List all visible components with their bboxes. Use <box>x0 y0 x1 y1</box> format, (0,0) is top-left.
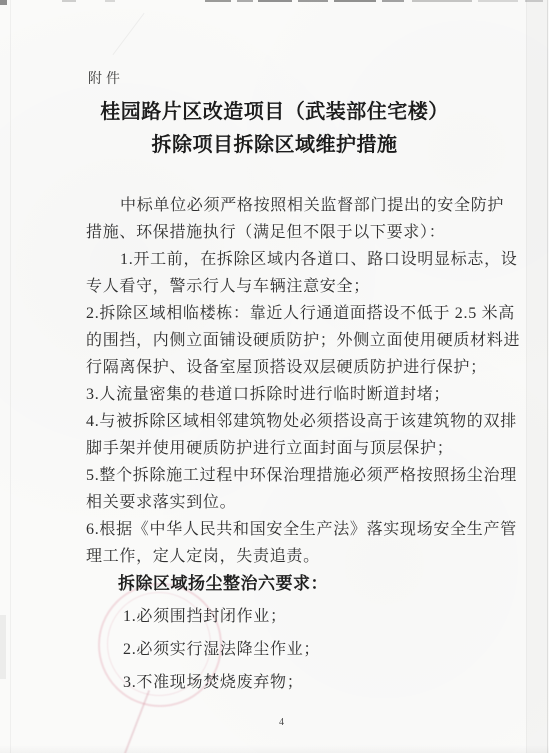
scan-bottom-shadow <box>0 745 549 753</box>
body-line: 相关要求落实到位。 <box>86 489 502 516</box>
document-title: 桂园路片区改造项目（武装部住宅楼） 拆除项目拆除区域维护措施 <box>0 96 549 162</box>
scan-top-edge-artifact <box>334 0 376 2</box>
scan-scratch <box>112 13 144 55</box>
scan-corner-artifact <box>0 0 7 5</box>
scan-top-edge-artifact <box>298 0 328 2</box>
body-line: 的围挡，内侧立面铺设硬质防护；外侧立面使用硬质材料进 <box>86 327 502 354</box>
body-line: 4.与被拆除区域相邻建筑物处必须搭设高于该建筑物的双排 <box>86 408 502 435</box>
scan-left-edge-patch <box>0 615 6 679</box>
body-line: 1.开工前，在拆除区域内各道口、路口设明显标志，设 <box>86 246 502 273</box>
stamp-stray-line <box>124 690 150 753</box>
dust-control-item: 2.必须实行湿法降尘作业； <box>86 636 502 663</box>
body-line: 3.人流量密集的巷道口拆除时进行临时断道封堵； <box>86 381 502 408</box>
document-body: 中标单位必须严格按照相关监督部门提出的安全防护 措施、环保措施执行（满足但不限于… <box>86 192 502 696</box>
dust-control-heading: 拆除区域扬尘整治六要求： <box>86 570 502 597</box>
scan-top-edge-artifact <box>237 0 253 2</box>
body-line: 中标单位必须严格按照相关监督部门提出的安全防护 <box>86 192 502 219</box>
body-line: 专人看守，警示行人与车辆注意安全； <box>86 273 502 300</box>
body-line: 措施、环保措施执行（满足但不限于以下要求）： <box>86 219 502 246</box>
scan-top-edge-artifact <box>205 0 231 2</box>
attachment-label: 附件 <box>88 68 124 88</box>
scan-top-edge-artifact <box>258 0 292 2</box>
dust-control-item: 3.不准现场焚烧废弃物； <box>86 669 502 696</box>
body-line: 6.根据《中华人民共和国安全生产法》落实现场安全生产管 <box>86 516 502 543</box>
dust-control-item: 1.必须围挡封闭作业； <box>86 603 502 630</box>
page-number: 4 <box>279 717 284 728</box>
body-line: 行隔离保护、设备室屋顶搭设双层硬质防护进行保护； <box>86 354 502 381</box>
body-line: 脚手架并使用硬质防护进行立面封面与顶层保护； <box>86 435 502 462</box>
scan-top-edge-artifact <box>62 0 76 2</box>
scan-top-edge-artifact <box>382 0 404 2</box>
document-title-line-2: 拆除项目拆除区域维护措施 <box>0 129 549 162</box>
scan-top-edge-artifact <box>105 0 115 2</box>
body-line: 2.拆除区域相临楼栋：靠近人行通道面搭设不低于 2.5 米高 <box>86 300 502 327</box>
body-line: 5.整个拆除施工过程中环保治理措施必须严格按照扬尘治理 <box>86 462 502 489</box>
scan-top-edge-artifact <box>478 0 518 2</box>
scan-top-edge-artifact <box>412 0 472 2</box>
body-line: 理工作，定人定岗，失责追责。 <box>86 543 502 570</box>
scanned-document-page: 附件 桂园路片区改造项目（武装部住宅楼） 拆除项目拆除区域维护措施 中标单位必须… <box>0 0 549 753</box>
document-title-line-1: 桂园路片区改造项目（武装部住宅楼） <box>0 96 549 129</box>
